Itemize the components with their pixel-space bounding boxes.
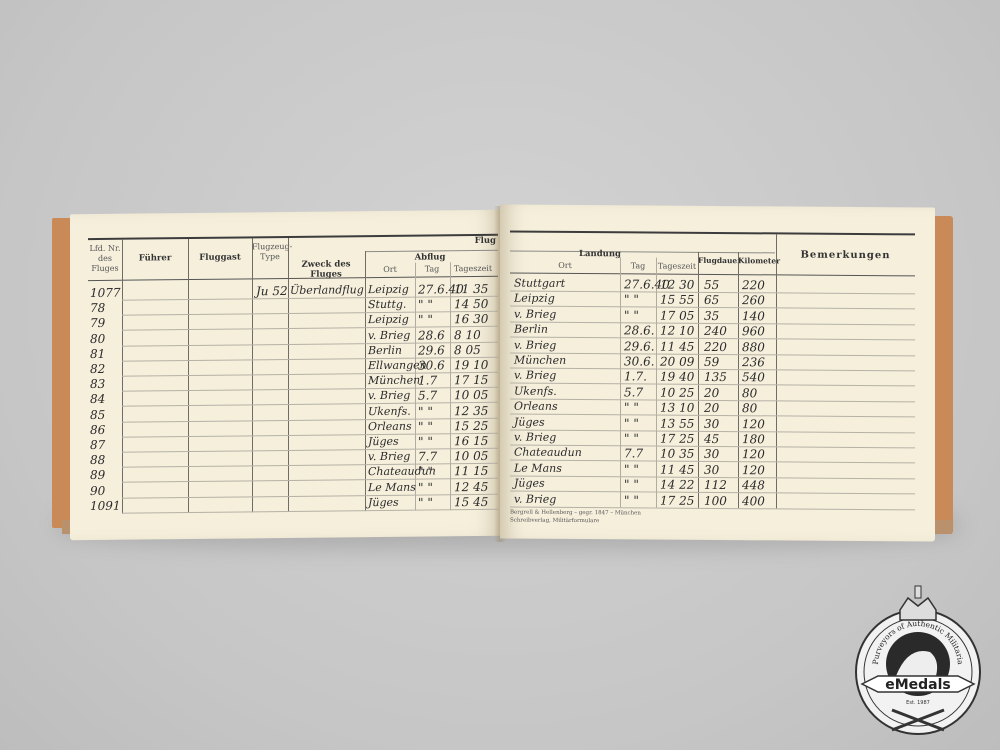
departure-place: München — [368, 374, 420, 388]
landing-date: 5.7 — [624, 385, 643, 399]
landing-time: 19 40 — [660, 370, 694, 384]
kilometers: 80 — [742, 401, 757, 415]
row-rule — [122, 311, 498, 316]
kilometers: 236 — [742, 355, 765, 369]
kilometers: 220 — [742, 278, 765, 292]
kilometers: 180 — [742, 432, 765, 446]
departure-time: 8 10 — [454, 328, 481, 342]
header-fluggast: Fluggast — [188, 252, 252, 263]
landing-time: 10 35 — [660, 447, 694, 461]
landing-time: 12 30 — [660, 278, 694, 292]
flight-number: 83 — [90, 377, 105, 391]
row-rule — [122, 372, 498, 377]
flight-purpose: Überlandflug — [290, 283, 364, 297]
departure-time: 8 05 — [454, 343, 481, 357]
landing-time: 17 25 — [660, 493, 694, 507]
landing-date: " " — [624, 416, 639, 430]
flight-duration: 30 — [704, 463, 719, 477]
landing-place: Stuttgart — [514, 277, 565, 290]
col-divider — [698, 252, 699, 508]
landing-place: v. Brieg — [514, 307, 556, 320]
departure-date: 1.7 — [418, 374, 437, 388]
imprint: Bergrell & Hellenberg – gegr. 1847 – Mün… — [510, 509, 641, 526]
landing-time: 11 45 — [660, 339, 694, 353]
flight-duration: 30 — [704, 447, 719, 461]
col-divider — [738, 252, 739, 508]
departure-place: Jüges — [368, 435, 399, 448]
flight-duration: 59 — [704, 355, 719, 369]
departure-place: v. Brieg — [368, 389, 410, 402]
departure-date: " " — [418, 404, 433, 418]
landing-place: v. Brieg — [514, 492, 556, 505]
departure-date: 28.6 — [418, 328, 445, 342]
departure-date: " " — [418, 313, 433, 327]
flight-duration: 240 — [704, 324, 727, 338]
departure-time: 11 35 — [454, 282, 488, 296]
header-abflug: Abflug — [400, 252, 460, 263]
departure-date: " " — [418, 465, 433, 479]
departure-date: 5.7 — [418, 389, 437, 403]
landing-place: Ukenfs. — [514, 384, 557, 397]
flight-number: 86 — [90, 423, 105, 437]
landing-date: " " — [624, 431, 639, 445]
row-rule — [122, 509, 498, 514]
departure-time: 16 15 — [454, 434, 488, 448]
flight-duration: 55 — [704, 278, 719, 292]
flight-number: 79 — [90, 316, 105, 330]
row-rule — [122, 448, 498, 453]
header-fuehrer: Führer — [122, 253, 188, 264]
landing-place: Jüges — [514, 477, 545, 490]
departure-time: 17 15 — [454, 373, 488, 387]
landing-date: " " — [624, 308, 639, 322]
landing-place: Jüges — [514, 415, 545, 428]
header-abflug-tag: Tag — [415, 264, 449, 274]
header-zweck: Zweck des Fluges — [288, 259, 364, 280]
landing-time: 14 22 — [660, 478, 694, 492]
departure-time: 10 05 — [454, 388, 488, 402]
col-divider — [620, 257, 621, 507]
landing-date: " " — [624, 478, 639, 492]
flight-number: 82 — [90, 362, 105, 376]
flight-number: 1077 — [90, 286, 121, 300]
landing-time: 12 10 — [660, 324, 694, 338]
header-top-rule — [88, 234, 498, 240]
departure-date: " " — [418, 434, 433, 448]
departure-place: Le Mans — [368, 480, 416, 494]
flight-number: 80 — [90, 331, 105, 345]
landing-date: 28.6. — [624, 324, 655, 338]
flight-duration: 20 — [704, 401, 719, 415]
landing-time: 11 45 — [660, 462, 694, 476]
flight-number: 88 — [90, 453, 105, 467]
landing-date: 7.7 — [624, 447, 643, 461]
row-rule — [122, 433, 498, 438]
row-rule — [122, 402, 498, 407]
kilometers: 880 — [742, 340, 765, 354]
landing-place: Leipzig — [514, 292, 555, 305]
flight-duration: 45 — [704, 432, 719, 446]
flight-number: 89 — [90, 468, 105, 482]
landing-time: 13 55 — [660, 416, 694, 430]
flight-duration: 112 — [704, 478, 727, 492]
departure-time: 15 45 — [454, 495, 488, 509]
flight-duration: 35 — [704, 309, 719, 323]
departure-place: Berlin — [368, 344, 402, 357]
flight-number: 84 — [90, 392, 105, 406]
header-flugzeug-type: Flugzeug-Type — [252, 242, 288, 262]
kilometers: 260 — [742, 294, 765, 308]
header-flug: Flug — [440, 236, 496, 247]
landing-date: 30.6. — [624, 354, 655, 368]
landing-place: v. Brieg — [514, 369, 556, 382]
departure-time: 12 35 — [454, 403, 488, 417]
row-rule — [122, 387, 498, 392]
header-bemerkungen: Bemerkungen — [776, 250, 915, 261]
departure-date: " " — [418, 480, 433, 494]
landing-time: 17 25 — [660, 432, 694, 446]
departure-place: v. Brieg — [368, 450, 410, 463]
col-divider — [365, 251, 366, 511]
flight-number: 78 — [90, 301, 105, 315]
emedals-crest-icon: eMedals Est. 1987 Purveyors of Authentic… — [848, 580, 988, 740]
row-rule — [122, 463, 498, 468]
flight-duration: 220 — [704, 339, 727, 353]
landing-date: " " — [624, 493, 639, 507]
header-flugdauer: Flugdauer — [698, 256, 738, 266]
departure-date: " " — [418, 419, 433, 433]
departure-date: " " — [418, 298, 433, 312]
landing-place: v. Brieg — [514, 431, 556, 444]
kilometers: 120 — [742, 448, 765, 462]
flight-number: 81 — [90, 347, 105, 361]
departure-date: 29.6 — [418, 343, 445, 357]
kilometers: 448 — [742, 478, 765, 492]
header-landung-tageszeit: Tageszeit — [656, 262, 698, 272]
flight-number: 85 — [90, 407, 105, 421]
departure-time: 10 05 — [454, 449, 488, 463]
kilometers: 960 — [742, 324, 765, 338]
landing-time: 13 10 — [660, 401, 694, 415]
landing-place: Chateaudun — [514, 446, 582, 459]
kilometers: 80 — [742, 386, 757, 400]
departure-time: 19 10 — [454, 358, 488, 372]
svg-text:Est. 1987: Est. 1987 — [906, 700, 930, 706]
departure-time: 16 30 — [454, 312, 488, 326]
row-rule — [122, 478, 498, 483]
landing-time: 17 05 — [660, 308, 694, 322]
departure-time: 14 50 — [454, 297, 488, 311]
departure-time: 11 15 — [454, 464, 488, 478]
header-landung: Landung — [560, 249, 640, 260]
departure-date: " " — [418, 495, 433, 509]
landing-place: Le Mans — [514, 461, 562, 474]
departure-place: Leipzig — [368, 283, 409, 296]
kilometers: 120 — [742, 417, 765, 431]
header-abflug-ort: Ort — [365, 265, 415, 276]
kilometers: 400 — [742, 494, 765, 508]
landing-place: Orleans — [514, 400, 558, 413]
header-abflug-tageszeit: Tageszeit — [450, 264, 496, 274]
imprint-line-2: Schreibverlag, Militärformulare — [510, 517, 641, 526]
logbook-right-page: Landung Ort Tag Tageszeit Flugdauer Kilo… — [500, 204, 935, 541]
landing-date: " " — [624, 462, 639, 476]
landing-time: 20 09 — [660, 355, 694, 369]
departure-date: 30.6 — [418, 358, 445, 372]
flight-number: 87 — [90, 438, 105, 452]
col-divider — [450, 262, 451, 510]
header-lfd-nr: Lfd. Nr. des Fluges — [88, 244, 122, 274]
departure-place: Ukenfs. — [368, 404, 411, 417]
book-cover-right — [935, 216, 953, 534]
header-kilometer: Kilometer — [738, 256, 776, 266]
landing-time: 10 25 — [660, 385, 694, 399]
aircraft-type: Ju 52 — [256, 284, 288, 298]
landing-place: Berlin — [514, 323, 548, 336]
landing-place: München — [514, 354, 566, 367]
header-top-rule — [510, 231, 915, 236]
kilometers: 540 — [742, 371, 765, 385]
col-divider — [656, 258, 657, 508]
landung-rule — [510, 251, 775, 254]
kilometers: 140 — [742, 309, 765, 323]
landing-date: 29.6. — [624, 339, 655, 353]
departure-date: 7.7 — [418, 450, 437, 464]
flight-number: 1091 — [90, 499, 121, 513]
flight-duration: 30 — [704, 416, 719, 430]
row-rule — [122, 417, 498, 422]
departure-place: Stuttg. — [368, 298, 406, 311]
departure-place: v. Brieg — [368, 328, 410, 341]
landing-date: 1.7. — [624, 370, 647, 384]
row-rule — [122, 493, 498, 498]
flight-duration: 20 — [704, 386, 719, 400]
landing-place: v. Brieg — [514, 338, 556, 351]
brand-text: eMedals — [885, 677, 951, 693]
flight-duration: 135 — [704, 370, 727, 384]
landing-date: " " — [624, 401, 639, 415]
landing-date: " " — [624, 293, 639, 307]
flight-number: 90 — [90, 483, 105, 497]
col-divider — [776, 234, 777, 508]
departure-place: Orleans — [368, 419, 412, 432]
logbook-left-page: Lfd. Nr. des Fluges Führer Fluggast Flug… — [70, 210, 500, 541]
header-landung-ort: Ort — [510, 261, 620, 272]
landing-time: 15 55 — [660, 293, 694, 307]
departure-place: Jüges — [368, 496, 399, 509]
flight-duration: 65 — [704, 293, 719, 307]
flight-duration: 100 — [704, 493, 727, 507]
kilometers: 120 — [742, 463, 765, 477]
departure-time: 15 25 — [454, 419, 488, 433]
header-bottom-rule — [510, 273, 915, 277]
emedals-watermark: eMedals Est. 1987 Purveyors of Authentic… — [848, 580, 988, 740]
departure-place: Leipzig — [368, 313, 409, 326]
departure-time: 12 45 — [454, 479, 488, 493]
header-landung-tag: Tag — [620, 261, 656, 271]
